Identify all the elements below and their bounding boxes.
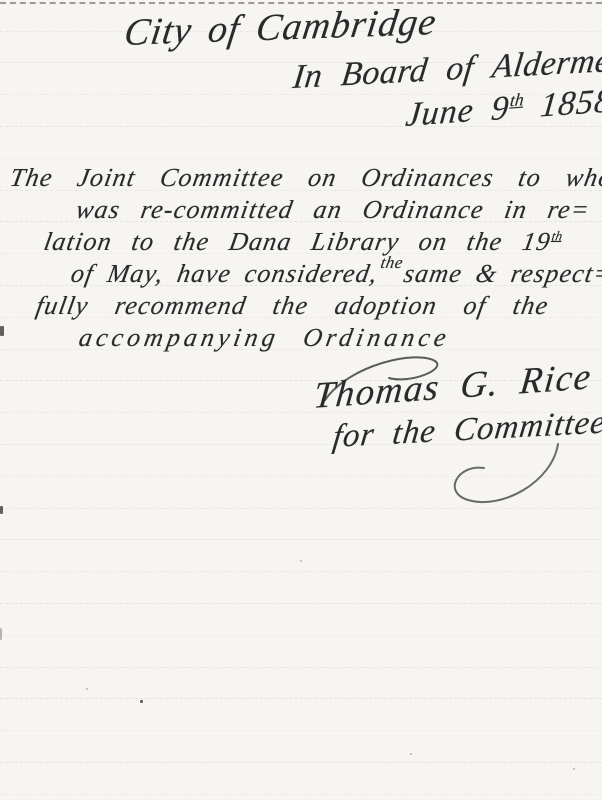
paper-speck <box>410 753 412 755</box>
ruled-line <box>0 635 602 636</box>
ruled-line <box>0 539 602 540</box>
interlinear-insertion: the <box>379 253 405 272</box>
ruled-line <box>0 762 602 763</box>
ruled-line <box>0 158 602 159</box>
date-year: 1858 <box>521 82 602 126</box>
ruled-line <box>0 794 602 795</box>
ruled-line <box>0 508 602 509</box>
ruled-line <box>0 667 602 668</box>
body-line-4-start: of May, have considered, <box>69 259 381 288</box>
body-line-1: The Joint Committee on Ordinances to who… <box>8 165 602 191</box>
body-line-5: fully recommend the adoption of the <box>34 293 551 319</box>
ruled-line <box>0 476 602 477</box>
ruled-line <box>0 730 602 731</box>
body-line-4: of May, have considered,thesame & respec… <box>69 261 602 287</box>
paper-speck <box>0 628 2 640</box>
manuscript-page: City of Cambridge In Board of Aldermen J… <box>0 0 602 800</box>
paper-speck <box>573 768 575 770</box>
paper-speck <box>86 688 88 690</box>
body-line-2: was re-committed an Ordinance in re= <box>74 197 592 223</box>
ruled-line <box>0 603 602 604</box>
paper-speck <box>0 326 4 336</box>
ruled-line <box>0 571 602 572</box>
body-line-4-end: same & respect= <box>402 259 602 288</box>
date-day: June 9 <box>404 89 511 134</box>
paper-speck <box>0 506 3 514</box>
paper-speck <box>300 560 302 562</box>
body-line-3-text: lation to the Dana Library on the 19 <box>42 227 553 256</box>
body-line-6: accompanying Ordinance <box>77 325 452 351</box>
paper-speck <box>140 700 143 703</box>
ruled-line <box>0 126 602 127</box>
body-line-3: lation to the Dana Library on the 19th <box>42 229 563 255</box>
ruled-line <box>0 698 602 699</box>
